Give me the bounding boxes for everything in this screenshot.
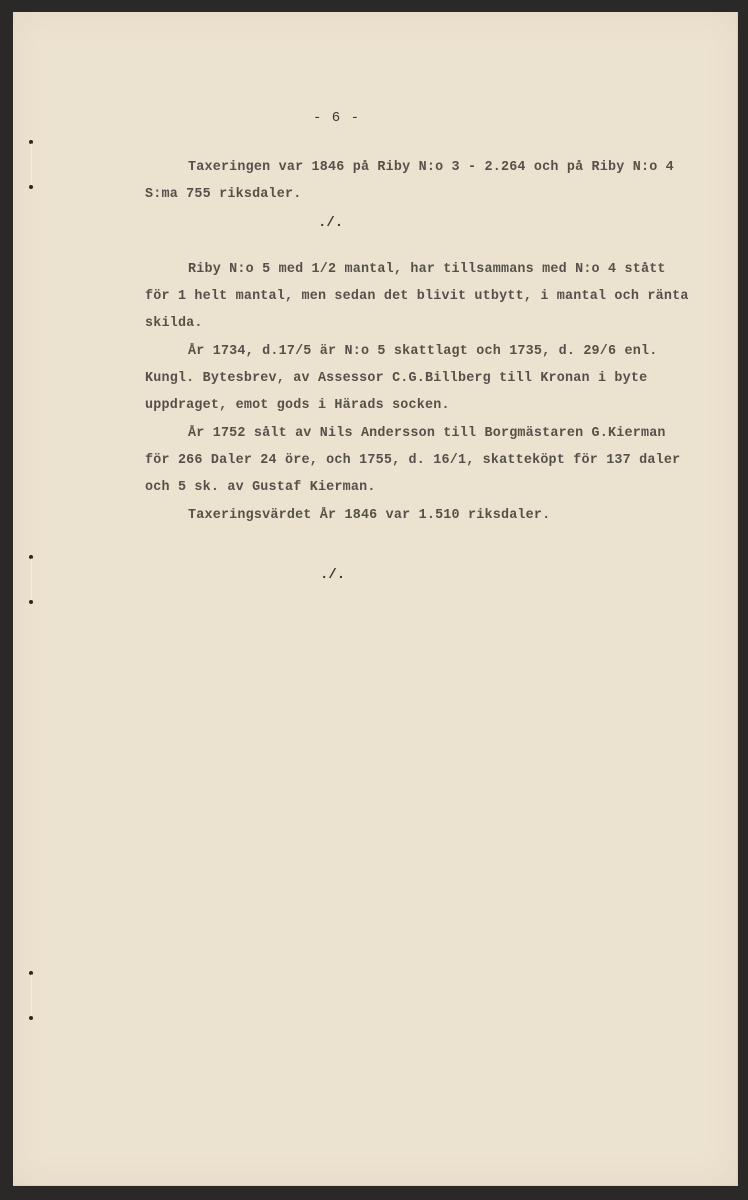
text-line: skilda. <box>145 316 203 331</box>
text-line: och 5 sk. av Gustaf Kierman. <box>145 480 376 495</box>
text-line: för 266 Daler 24 öre, och 1755, d. 16/1,… <box>145 453 680 468</box>
staple-hole <box>29 185 33 189</box>
staple-mark <box>29 555 32 604</box>
staple-line <box>31 558 32 603</box>
staple-hole <box>29 600 33 604</box>
staple-mark <box>29 971 32 1020</box>
section-separator: ./. <box>320 567 345 583</box>
text-line: Taxeringen var 1846 på Riby N:o 3 - 2.26… <box>188 160 674 175</box>
text-line: Taxeringsvärdet År 1846 var 1.510 riksda… <box>188 508 550 523</box>
text-line: S:ma 755 riksdaler. <box>145 187 301 202</box>
staple-mark <box>29 140 32 189</box>
staple-line <box>31 974 32 1019</box>
text-line: År 1734, d.17/5 är N:o 5 skattlagt och 1… <box>188 344 657 359</box>
text-line: År 1752 sålt av Nils Andersson till Borg… <box>188 426 666 441</box>
text-line: Kungl. Bytesbrev, av Assessor C.G.Billbe… <box>145 371 647 386</box>
text-line: för 1 helt mantal, men sedan det blivit … <box>145 289 689 304</box>
section-separator: ./. <box>318 215 343 231</box>
staple-hole <box>29 1016 33 1020</box>
staple-line <box>31 143 32 188</box>
text-line: Riby N:o 5 med 1/2 mantal, har tillsamma… <box>188 262 666 277</box>
page-number: - 6 - <box>313 110 360 126</box>
document-page: - 6 - Taxeringen var 1846 på Riby N:o 3 … <box>13 12 738 1186</box>
text-line: uppdraget, emot gods i Härads socken. <box>145 398 450 413</box>
